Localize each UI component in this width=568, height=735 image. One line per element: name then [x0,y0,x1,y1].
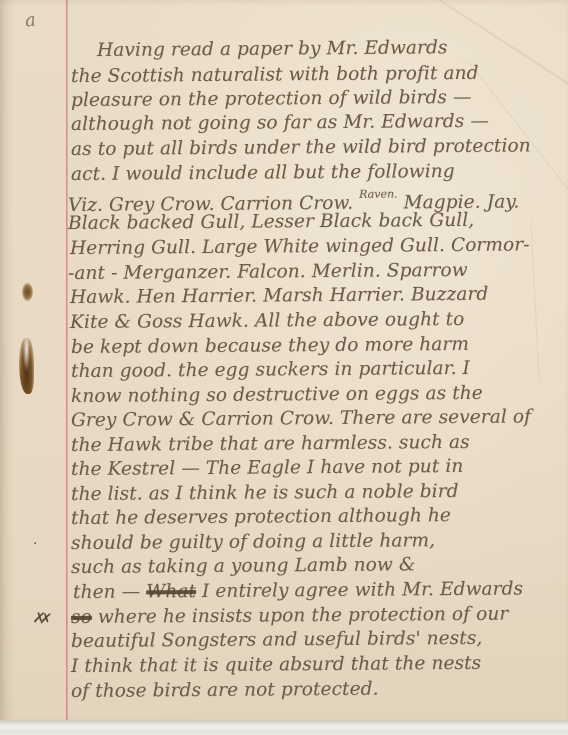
manuscript-line: the Hawk tribe that are harmless. such a… [71,434,470,456]
handwriting-text: Black backed Gull, Lesser Black back Gul… [68,210,474,234]
handwriting-text: the Hawk tribe that are harmless. such a… [71,432,470,456]
manuscript-line: Grey Crow & Carrion Crow. There are seve… [71,408,531,430]
handwriting-text: know nothing so destructive on eggs as t… [71,383,483,407]
handwriting-text: Hawk. Hen Harrier. Marsh Harrier. Buzzar… [70,284,489,308]
corner-annotation: a [24,9,37,31]
manuscript-line: than good. the egg suckers in particular… [71,360,470,382]
handwriting-text: act. I would include all but the followi… [71,161,455,185]
manuscript-line: know nothing so destructive on eggs as t… [71,385,483,407]
manuscript-line: the Scottish naturalist with both profit… [71,65,479,87]
manuscript-line: beautiful Songsters and useful birds' ne… [71,630,483,652]
handwriting-text: Grey Crow & Carrion Crow. There are seve… [71,406,531,431]
handwriting-text: than good. the egg suckers in particular… [71,358,470,382]
handwriting-text: Having read a paper by Mr. Edwards [97,37,448,61]
manuscript-line: then — What I entirely agree with Mr. Ed… [73,580,523,602]
handwriting-text: I think that it is quite absurd that the… [71,653,481,677]
red-margin-rule [66,0,68,720]
handwriting-text: Kite & Goss Hawk. All the above ought to [70,309,464,333]
manuscript-line: although not going so far as Mr. Edwards… [71,113,489,135]
handwriting-text: where he insists upon the protection of … [92,604,509,628]
handwriting-text: as to put all birds under the wild bird … [71,135,531,160]
manuscript-line: the list. as I think he is such a noble … [71,483,459,505]
binding-rust-mark [19,338,34,394]
margin-dot-mark: · [33,536,37,552]
paper-left-edge [0,0,14,720]
handwriting-text: beautiful Songsters and useful birds' ne… [71,628,483,652]
handwriting-text: pleasure on the protection of wild birds… [71,87,472,111]
handwriting-text: then — [73,581,146,603]
handwriting-text: the list. as I think he is such a noble … [71,481,459,505]
manuscript-line: act. I would include all but the followi… [71,163,455,185]
struck-word: What [146,581,196,602]
manuscript-line: Having read a paper by Mr. Edwards [97,39,448,60]
margin-cross-mark: ✗✗ [32,608,48,628]
manuscript-line: Kite & Goss Hawk. All the above ought to [70,311,464,333]
handwriting-text: the Scottish naturalist with both profit… [71,63,479,87]
scanner-background [0,720,568,735]
handwriting-text: be kept down because they do more harm [71,334,469,358]
handwriting-text: -ant - Merganzer. Falcon. Merlin. Sparro… [68,260,468,284]
handwriting-text: Herring Gull. Large White winged Gull. C… [70,234,530,259]
manuscript-line: -ant - Merganzer. Falcon. Merlin. Sparro… [68,262,468,284]
handwriting-text: although not going so far as Mr. Edwards… [71,111,489,135]
manuscript-line: Black backed Gull, Lesser Black back Gul… [68,212,474,234]
struck-word: so [71,607,92,628]
manuscript-line: so where he insists upon the protection … [71,606,508,628]
manuscript-line: as to put all birds under the wild bird … [71,137,531,159]
handwriting-text: of those birds are not protected. [71,679,379,702]
manuscript-line: such as taking a young Lamb now & [71,556,416,577]
manuscript-line: I think that it is quite absurd that the… [71,655,481,677]
manuscript-line: that he deserves protection although he [71,507,451,528]
manuscript-line: Herring Gull. Large White winged Gull. C… [70,236,530,258]
manuscript-line: be kept down because they do more harm [71,336,469,358]
inserted-word: Raven. [359,187,398,200]
handwriting-text: the Kestrel — The Eagle I have not put i… [71,456,463,480]
handwriting-text: I entirely agree with Mr. Edwards [196,578,523,602]
manuscript-line: Hawk. Hen Harrier. Marsh Harrier. Buzzar… [70,286,488,308]
manuscript-line: pleasure on the protection of wild birds… [71,89,472,111]
manuscript-line: should be guilty of doing a little harm, [71,532,435,553]
manuscript-scan: a · ✗✗ Having read a paper by Mr. Edward… [0,0,568,735]
handwriting-text: such as taking a young Lamb now & [71,554,416,578]
binding-hole [22,283,33,301]
handwriting-text: should be guilty of doing a little harm, [71,530,435,554]
manuscript-line: the Kestrel — The Eagle I have not put i… [71,458,463,480]
handwriting-text: that he deserves protection although he [71,505,451,529]
manuscript-line: of those birds are not protected. [71,681,379,702]
